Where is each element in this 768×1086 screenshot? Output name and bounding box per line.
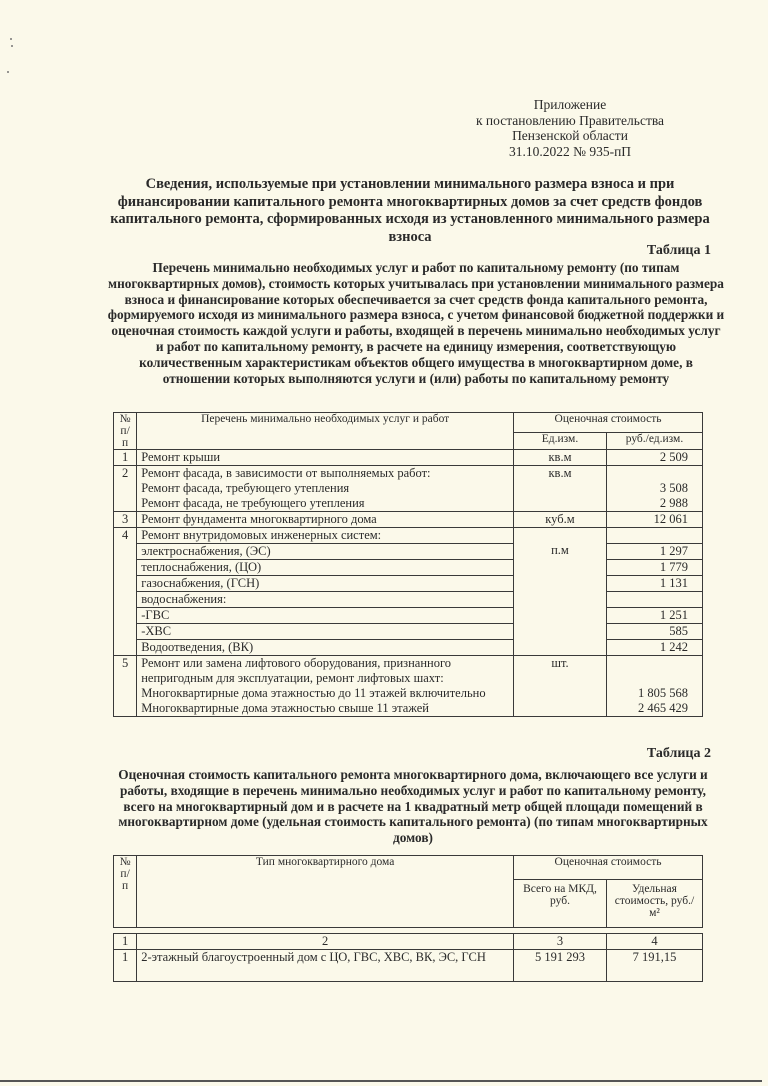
row-name: Ремонт фундамента многоквартирного дома xyxy=(137,512,514,528)
row-price: 1 297 1 779 1 131 1 251 585 1 242 xyxy=(606,528,702,656)
header-num: № п/п xyxy=(114,856,137,928)
row-sub-name: Ремонт фасада, требующего утепления xyxy=(141,481,509,496)
table1: № п/п Перечень минимально необходимых ус… xyxy=(113,412,703,717)
row-sub-price: 1 805 568 xyxy=(611,686,688,701)
row-type: 2-этажный благоустроенный дом с ЦО, ГВС,… xyxy=(137,950,514,982)
row-name: Ремонт фасада, в зависимости от выполняе… xyxy=(137,466,514,512)
col-number: 3 xyxy=(514,934,607,950)
table-row: 3 Ремонт фундамента многоквартирного дом… xyxy=(114,512,703,528)
col-number: 2 xyxy=(137,934,514,950)
table-row: 1 Ремонт крыши кв.м 2 509 xyxy=(114,450,703,466)
row-unit: шт. xyxy=(514,656,607,717)
row-name-main: Ремонт внутридомовых инженерных систем: xyxy=(137,528,513,543)
table2-label: Таблица 2 xyxy=(647,746,711,762)
row-price: 1 805 568 2 465 429 xyxy=(606,656,702,717)
row-sub-price: 2 465 429 xyxy=(611,701,688,716)
row-price: 12 061 xyxy=(606,512,702,528)
appendix-header: Приложение к постановлению Правительства… xyxy=(455,97,685,159)
row-sub-price: 1 131 xyxy=(607,575,702,591)
table1-label: Таблица 1 xyxy=(647,243,711,259)
header-unit: Ед.изм. xyxy=(514,432,607,449)
column-number-row: 1 2 3 4 xyxy=(114,934,703,950)
row-sub-price: 1 297 xyxy=(607,543,702,559)
row-name-main: Ремонт фасада, в зависимости от выполняе… xyxy=(141,466,509,481)
scan-speck xyxy=(11,45,13,47)
page-edge xyxy=(0,1080,762,1082)
row-sub-name: водоснабжения: xyxy=(137,591,513,607)
appendix-line: Приложение xyxy=(455,97,685,113)
scan-speck xyxy=(10,38,12,40)
row-sub-name: Водоотведения, (ВК) xyxy=(137,639,513,655)
scan-speck xyxy=(7,71,9,73)
row-sub-price xyxy=(607,591,702,607)
col-number: 4 xyxy=(606,934,702,950)
row-num: 5 xyxy=(114,656,137,717)
row-num: 4 xyxy=(114,528,137,656)
table-row: 1 2-этажный благоустроенный дом с ЦО, ГВ… xyxy=(114,950,703,982)
col-number: 1 xyxy=(114,934,137,950)
header-specific: Удельная стоимость, руб./м² xyxy=(606,880,702,928)
row-name: Ремонт крыши xyxy=(137,450,514,466)
row-sub-price: 1 251 xyxy=(607,607,702,623)
document-title: Сведения, используемые при установлении … xyxy=(110,176,710,246)
row-price: 3 508 2 988 xyxy=(606,466,702,512)
header-price: руб./ед.изм. xyxy=(606,432,702,449)
row-sub-name: электроснабжения, (ЭС) xyxy=(137,543,513,559)
row-sub-name: газоснабжения, (ГСН) xyxy=(137,575,513,591)
header-cost: Оценочная стоимость xyxy=(514,413,703,433)
row-name: Ремонт внутридомовых инженерных систем: … xyxy=(137,528,514,656)
row-sub-name: Многоквартирные дома этажностью свыше 11… xyxy=(141,701,509,716)
row-name: Ремонт или замена лифтового оборудования… xyxy=(137,656,514,717)
row-num: 3 xyxy=(114,512,137,528)
row-unit: кв.м xyxy=(514,450,607,466)
row-price: 2 509 xyxy=(606,450,702,466)
row-sub-price: 2 988 xyxy=(611,496,688,511)
row-num: 1 xyxy=(114,450,137,466)
row-sub-name: -ХВС xyxy=(137,623,513,639)
header-cost: Оценочная стоимость xyxy=(514,856,703,880)
row-unit: п.м xyxy=(514,528,607,656)
table2-title: Оценочная стоимость капитального ремонта… xyxy=(103,767,723,846)
row-sub-price: 1 779 xyxy=(607,559,702,575)
row-sub-name: Ремонт фасада, не требующего утепления xyxy=(141,496,509,511)
table2: № п/п Тип многоквартирного дома Оценочна… xyxy=(113,855,703,982)
table-row: 5 Ремонт или замена лифтового оборудован… xyxy=(114,656,703,717)
row-sub-name: Многоквартирные дома этажностью до 11 эт… xyxy=(141,686,509,701)
row-sub-name: теплоснабжения, (ЦО) xyxy=(137,559,513,575)
row-name-main: Ремонт или замена лифтового оборудования… xyxy=(141,656,509,686)
row-total: 5 191 293 xyxy=(514,950,607,982)
row-unit: куб.м xyxy=(514,512,607,528)
appendix-line: Пензенской области xyxy=(455,128,685,144)
header-total: Всего на МКД, руб. xyxy=(514,880,607,928)
header-type: Тип многоквартирного дома xyxy=(137,856,514,928)
table-row: 2 Ремонт фасада, в зависимости от выполн… xyxy=(114,466,703,512)
row-sub-price: 585 xyxy=(607,623,702,639)
appendix-date-number: 31.10.2022 № 935-пП xyxy=(455,144,685,160)
table1-title: Перечень минимально необходимых услуг и … xyxy=(106,260,726,386)
row-sub-name: -ГВС xyxy=(137,607,513,623)
row-sub-price: 1 242 xyxy=(607,639,702,655)
table-row: 4 Ремонт внутридомовых инженерных систем… xyxy=(114,528,703,656)
header-num: № п/п xyxy=(114,413,137,450)
row-num: 2 xyxy=(114,466,137,512)
row-specific: 7 191,15 xyxy=(606,950,702,982)
appendix-line: к постановлению Правительства xyxy=(455,113,685,129)
header-name: Перечень минимально необходимых услуг и … xyxy=(137,413,514,450)
row-unit: кв.м xyxy=(514,466,607,512)
row-num: 1 xyxy=(114,950,137,982)
row-unit-value: п.м xyxy=(518,543,602,558)
row-sub-price: 3 508 xyxy=(611,481,688,496)
